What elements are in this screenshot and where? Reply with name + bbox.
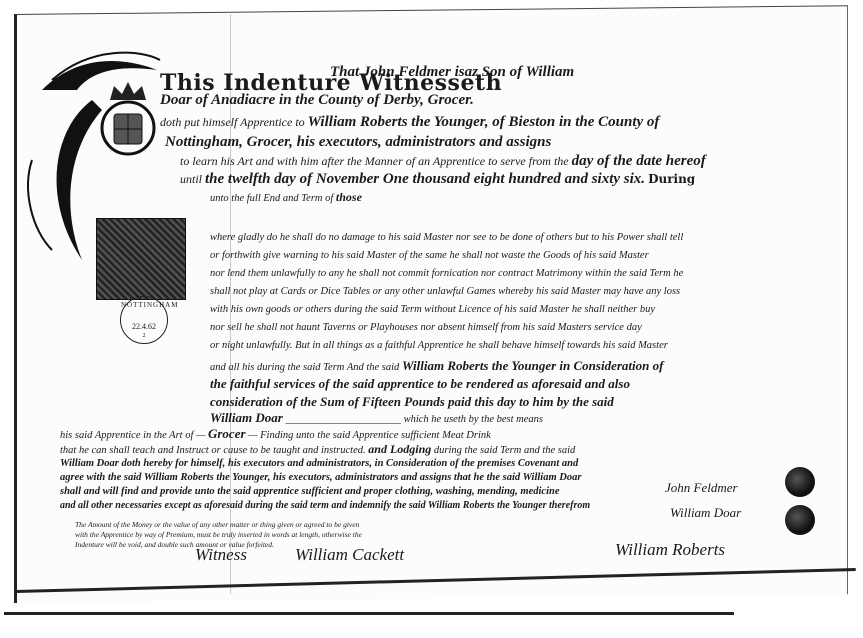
handwritten-text: William Roberts the Younger, of Bieston … [308,114,660,130]
line-7: unto the full End and Term of those [210,190,362,205]
printed-text: or night unlawfully. But in all things a… [210,340,668,351]
printed-text: and all his during the said Term And the… [210,362,399,373]
handwritten-text: the faithful services of the said appren… [210,376,630,391]
printed-text: nor sell he shall not haunt Taverns or P… [210,322,642,333]
handwritten-text: the twelfth day of November One thousand… [205,171,645,187]
handwritten-text: That John Feldmer isaz Son of William [330,64,574,80]
handwritten-text: shall and will find and provide unto the… [60,486,560,497]
line-8: where gladly do he shall do no damage to… [210,232,683,243]
printed-text: shall not play at Cards or Dice Tables o… [210,286,680,297]
handwritten-text: Doar of Anadiacre in the County of Derby… [160,92,474,108]
line-14: or night unlawfully. But in all things a… [210,340,668,351]
printed-text: his said Apprentice in the Art of [60,430,193,441]
scan-underline [4,612,734,615]
printed-text: doth put himself Apprentice to [160,115,305,129]
wax-seal-icon [785,505,815,535]
line-16: the faithful services of the said appren… [210,376,630,392]
line-17: consideration of the Sum of Fifteen Poun… [210,394,614,410]
printed-text: where gladly do he shall do no damage to… [210,232,683,243]
line-21: William Doar doth hereby for himself, hi… [60,458,578,469]
witness-label: Witness [195,545,247,565]
signature-william-doar: William Doar [670,505,741,521]
printed-text: until [180,172,202,186]
line-20: that he can shall teach and Instruct or … [60,442,575,457]
line-12: with his own goods or others during the … [210,304,655,315]
royal-coat-of-arms-icon [96,80,160,160]
handwritten-text: day of the date hereof [572,153,706,169]
printed-text: to learn his Art and with him after the … [180,154,569,168]
postmark-date: 22.4.62 [121,323,167,331]
handwritten-text: William Doar doth hereby for himself, hi… [60,458,578,469]
line-3: doth put himself Apprentice to William R… [160,114,659,131]
line-19: his said Apprentice in the Art of — Groc… [60,426,491,442]
line-4: Nottingham, Grocer, his executors, admin… [165,134,551,151]
revenue-stamp [96,218,186,300]
postmark-town: NOTTINGHAM [121,302,167,309]
printed-text: unto the full End and Term of [210,193,333,204]
printed-text: During [648,172,695,186]
signature-john-feldmer: John Feldmer [665,480,738,496]
printed-text: that he can shall teach and Instruct or … [60,445,366,456]
handwritten-text: those [336,190,362,204]
line-2: Doar of Anadiacre in the County of Derby… [160,92,474,109]
handwritten-text: William Roberts the Younger in Considera… [402,358,664,373]
signature-william-roberts: William Roberts [615,540,725,560]
line-9: or forthwith give warning to his said Ma… [210,250,649,261]
handwritten-text: consideration of the Sum of Fifteen Poun… [210,394,614,409]
handwritten-text: Grocer [208,426,246,441]
printed-text: which he useth by the best means [404,414,543,425]
line-11: shall not play at Cards or Dice Tables o… [210,286,680,297]
printed-text: during the said Term and the said [434,445,575,456]
line-13: nor sell he shall not haunt Taverns or P… [210,322,642,333]
handwritten-text: and all other necessaries except as afor… [60,500,590,511]
printed-text: nor lend them unlawfully to any he shall… [210,268,683,279]
line-18: William Doar ______________________ whic… [210,410,543,426]
printed-text: or forthwith give warning to his said Ma… [210,250,649,261]
line-10: nor lend them unlawfully to any he shall… [210,268,683,279]
postmark: NOTTINGHAM 22.4.62 2 [120,296,168,344]
line-24: and all other necessaries except as afor… [60,500,590,511]
printed-text: Finding unto the said Apprentice suffici… [260,430,491,441]
handwritten-text: agree with the said William Roberts the … [60,472,581,483]
line-6: until the twelfth day of November One th… [180,171,695,188]
handwritten-text: and Lodging [368,442,431,456]
witness-signature: William Cackett [295,545,404,565]
line-23: shall and will find and provide unto the… [60,486,560,497]
line-22: agree with the said William Roberts the … [60,472,581,483]
line-15: and all his during the said Term And the… [210,358,663,374]
handwritten-text: Nottingham, Grocer, his executors, admin… [165,134,551,150]
line-1: That John Feldmer isaz Son of William [330,64,574,81]
line-5: to learn his Art and with him after the … [180,153,706,170]
handwritten-text: William Doar [210,410,283,425]
postmark-number: 2 [121,333,167,339]
printed-text: with his own goods or others during the … [210,304,655,315]
wax-seal-icon [785,467,815,497]
